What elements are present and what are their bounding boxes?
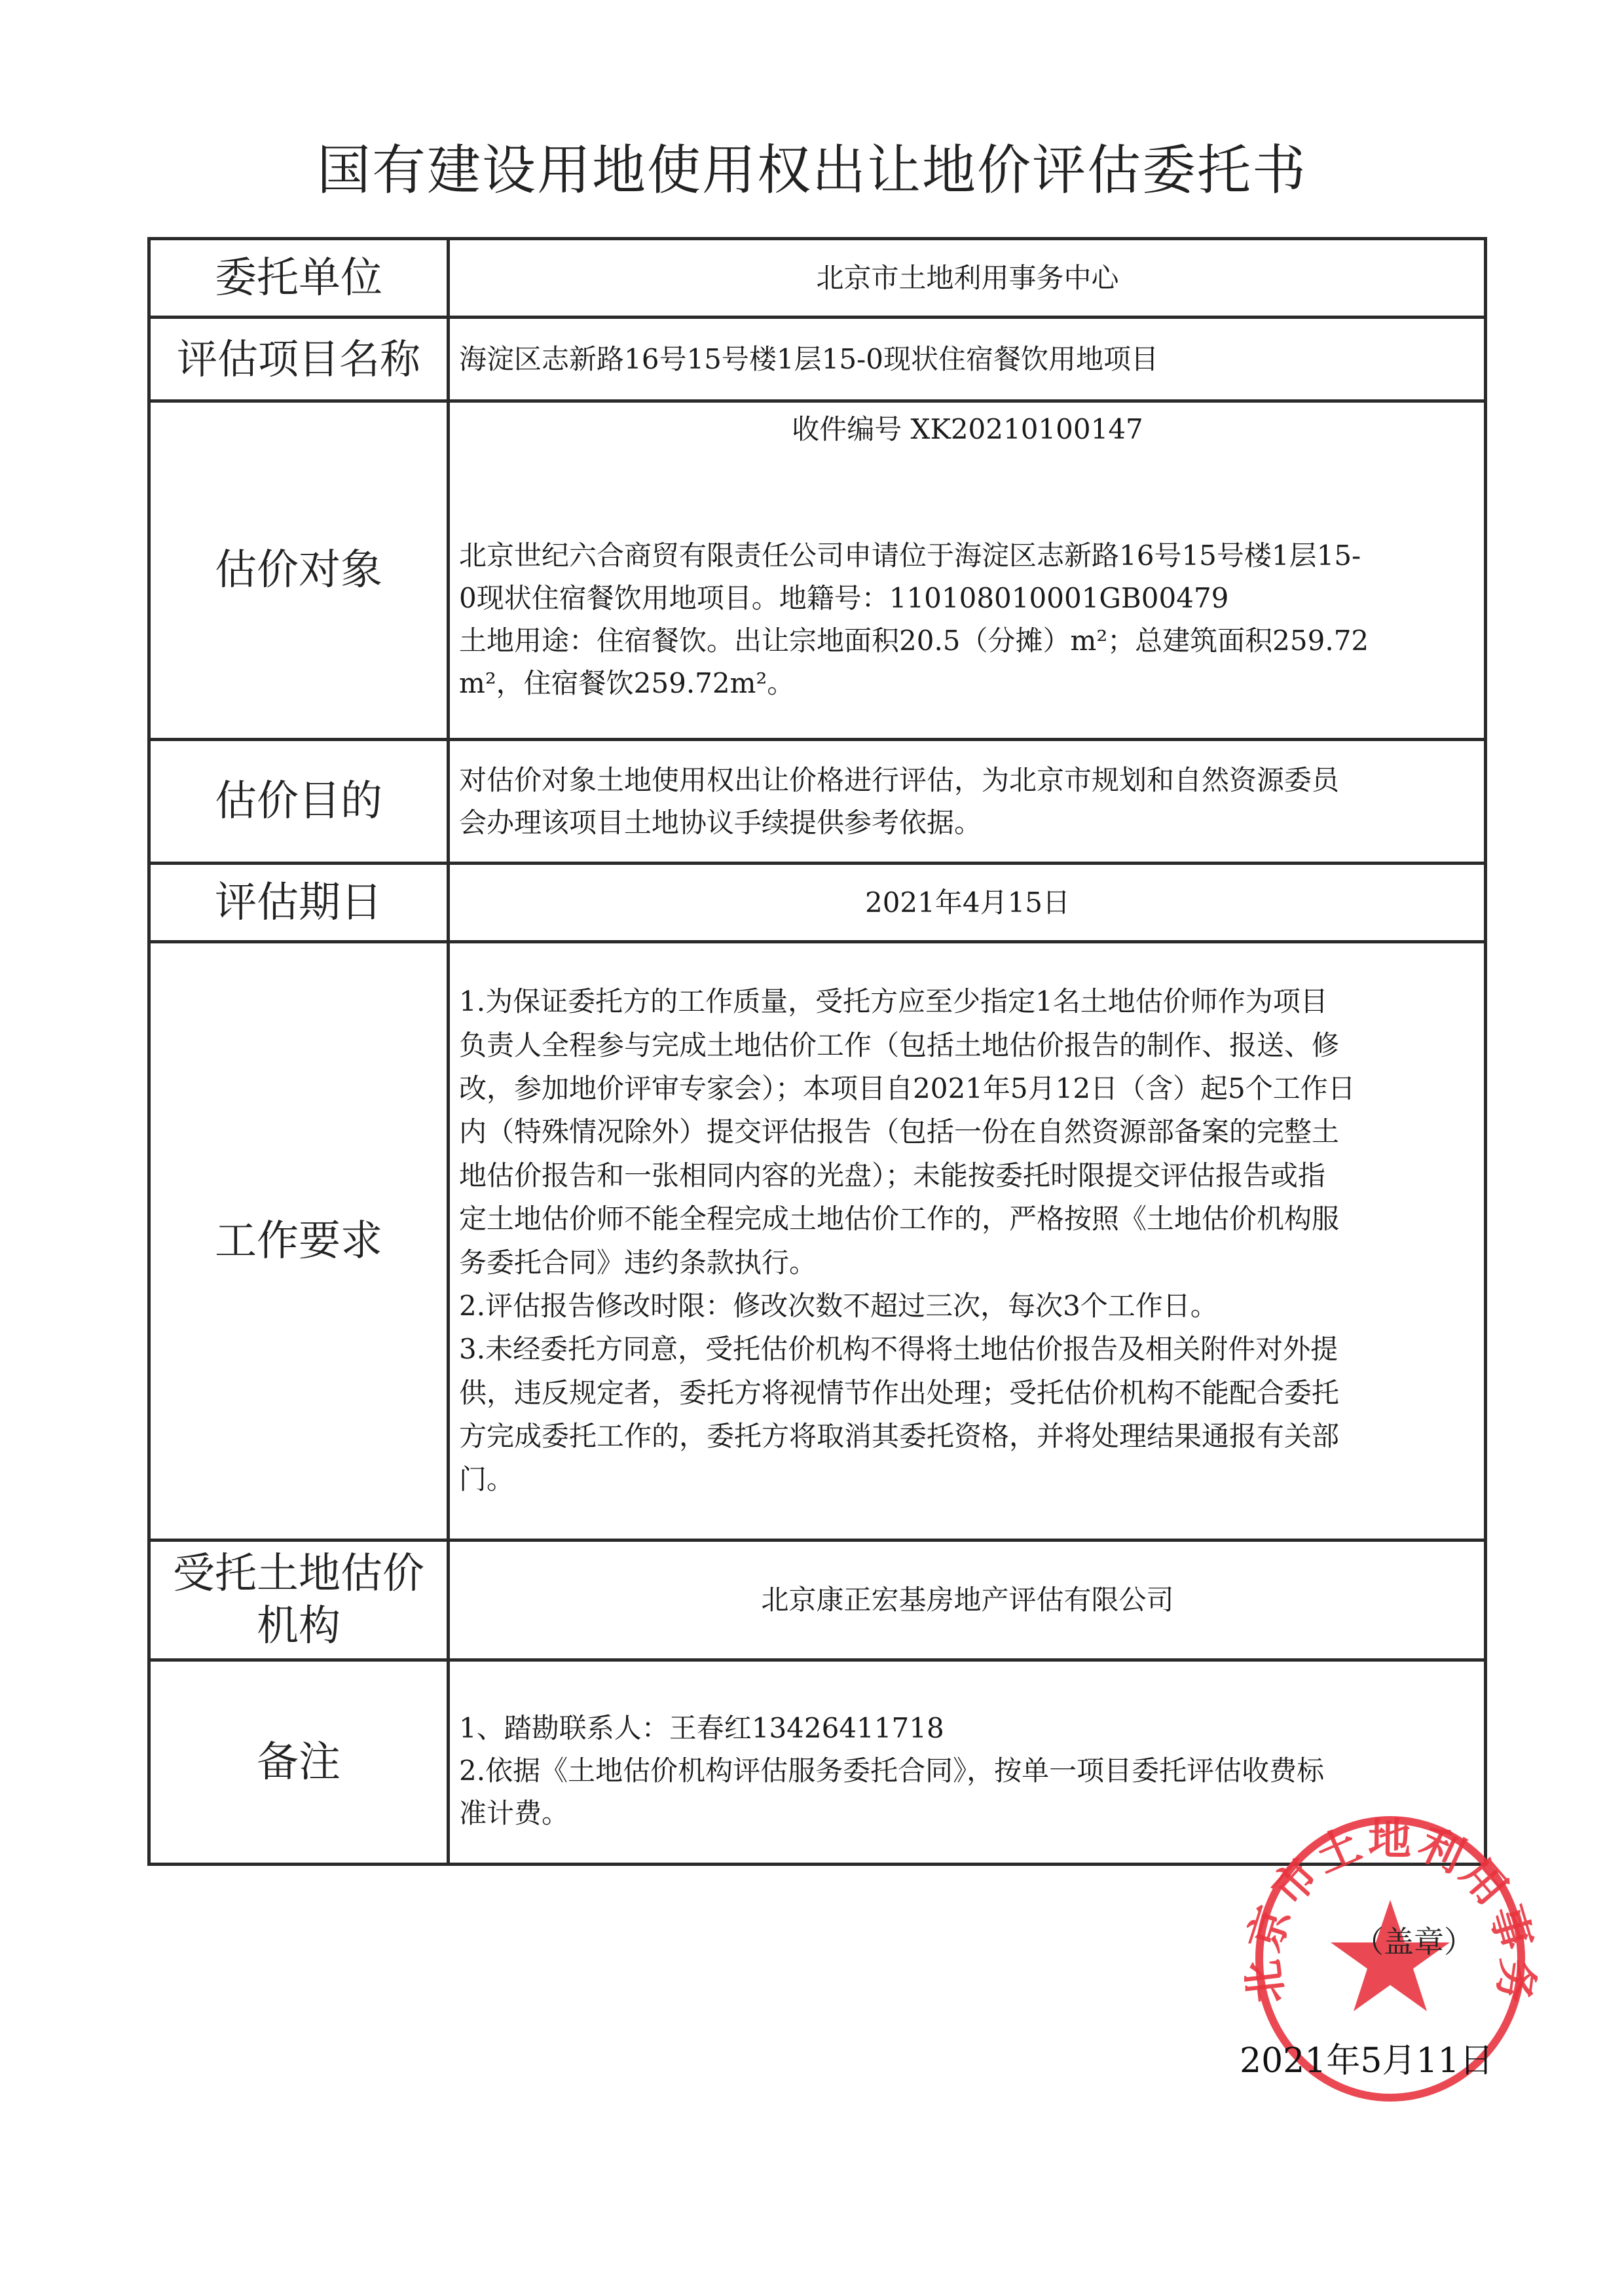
text-line: 方完成委托工作的，委托方将取消其委托资格，并将处理结果通报有关部 <box>459 1415 1476 1458</box>
value-appraisal-agency: 北京康正宏基房地产评估有限公司 <box>449 1540 1486 1660</box>
text-line: 土地用途：住宿餐饮。出让宗地面积20.5（分摊）m²；总建筑面积259.72 <box>459 619 1476 662</box>
text-line: 内（特殊情况除外）提交评估报告（包括一份在自然资源部备案的完整土 <box>459 1110 1476 1154</box>
value-work-requirements: 1.为保证委托方的工作质量，受托方应至少指定1名土地估价师作为项目 负责人全程参… <box>449 942 1486 1540</box>
text-line: 门。 <box>459 1458 1476 1501</box>
text-line: 改，参加地价评审专家会）；本项目自2021年5月12日（含）起5个工作日 <box>459 1067 1476 1110</box>
text-line: 供，违反规定者，委托方将视情节作出处理；受托估价机构不能配合委托 <box>459 1372 1476 1415</box>
value-valuation-purpose: 对估价对象土地使用权出让价格进行评估，为北京市规划和自然资源委员 会办理该项目土… <box>449 740 1486 864</box>
row-valuation-object: 估价对象 收件编号 XK20210100147 北京世纪六合商贸有限责任公司申请… <box>149 401 1486 740</box>
label-remarks: 备注 <box>149 1660 449 1865</box>
label-work-requirements: 工作要求 <box>149 942 449 1540</box>
text-line: 会办理该项目土地协议手续提供参考依据。 <box>459 801 1476 844</box>
text-line: m²，住宿餐饮259.72m²。 <box>459 662 1476 704</box>
text-line: 定土地估价师不能全程完成土地估价工作的，严格按照《土地估价机构服 <box>459 1197 1476 1241</box>
label-valuation-purpose: 估价目的 <box>149 740 449 864</box>
text-line: 2.评估报告修改时限：修改次数不超过三次，每次3个工作日。 <box>459 1285 1476 1328</box>
label-appraisal-agency: 受托土地估价 机构 <box>149 1540 449 1660</box>
text-line: 2.依据《土地估价机构评估服务委托合同》，按单一项目委托评估收费标 <box>459 1749 1476 1792</box>
text-line: 对估价对象土地使用权出让价格进行评估，为北京市规划和自然资源委员 <box>459 759 1476 801</box>
value-valuation-date: 2021年4月15日 <box>449 864 1486 942</box>
text-line: 务委托合同》违约条款执行。 <box>459 1241 1476 1285</box>
value-commissioning-unit: 北京市土地利用事务中心 <box>449 239 1486 318</box>
label-commissioning-unit: 委托单位 <box>149 239 449 318</box>
label-project-name: 评估项目名称 <box>149 318 449 401</box>
value-project-name: 海淀区志新路16号15号楼1层15-0现状住宿餐饮用地项目 <box>449 318 1486 401</box>
row-valuation-date: 评估期日 2021年4月15日 <box>149 864 1486 942</box>
text-line: 1、踏勘联系人：王春红13426411718 <box>459 1707 1476 1749</box>
text-line: 地估价报告和一张相同内容的光盘）；未能按委托时限提交评估报告或指 <box>459 1154 1476 1197</box>
row-appraisal-agency: 受托土地估价 机构 北京康正宏基房地产评估有限公司 <box>149 1540 1486 1660</box>
label-line: 机构 <box>151 1600 447 1652</box>
label-line: 受托土地估价 <box>151 1548 447 1600</box>
signature-date: 2021年5月11日 <box>1240 2033 1494 2082</box>
text-line: 1.为保证委托方的工作质量，受托方应至少指定1名土地估价师作为项目 <box>459 980 1476 1023</box>
text-line: 北京世纪六合商贸有限责任公司申请位于海淀区志新路16号15号楼1层15- <box>459 534 1476 577</box>
text-line: 负责人全程参与完成土地估价工作（包括土地估价报告的制作、报送、修 <box>459 1024 1476 1067</box>
commission-form-table: 委托单位 北京市土地利用事务中心 评估项目名称 海淀区志新路16号15号楼1层1… <box>147 237 1487 1866</box>
text-line: 0现状住宿餐饮用地项目。地籍号：110108010001GB00479 <box>459 577 1476 619</box>
text-line: 3.未经委托方同意，受托估价机构不得将土地估价报告及相关附件对外提 <box>459 1328 1476 1371</box>
row-valuation-purpose: 估价目的 对估价对象土地使用权出让价格进行评估，为北京市规划和自然资源委员 会办… <box>149 740 1486 864</box>
row-project-name: 评估项目名称 海淀区志新路16号15号楼1层15-0现状住宿餐饮用地项目 <box>149 318 1486 401</box>
seal-note: （盖章） <box>1354 1918 1474 1961</box>
receipt-number: 收件编号 XK20210100147 <box>459 403 1476 450</box>
valuation-object-text: 北京世纪六合商贸有限责任公司申请位于海淀区志新路16号15号楼1层15- 0现状… <box>459 534 1476 704</box>
row-commissioning-unit: 委托单位 北京市土地利用事务中心 <box>149 239 1486 318</box>
document-title: 国有建设用地使用权出让地价评估委托书 <box>0 128 1624 204</box>
label-valuation-date: 评估期日 <box>149 864 449 942</box>
row-work-requirements: 工作要求 1.为保证委托方的工作质量，受托方应至少指定1名土地估价师作为项目 负… <box>149 942 1486 1540</box>
label-valuation-object: 估价对象 <box>149 401 449 740</box>
value-valuation-object: 收件编号 XK20210100147 北京世纪六合商贸有限责任公司申请位于海淀区… <box>449 401 1486 740</box>
